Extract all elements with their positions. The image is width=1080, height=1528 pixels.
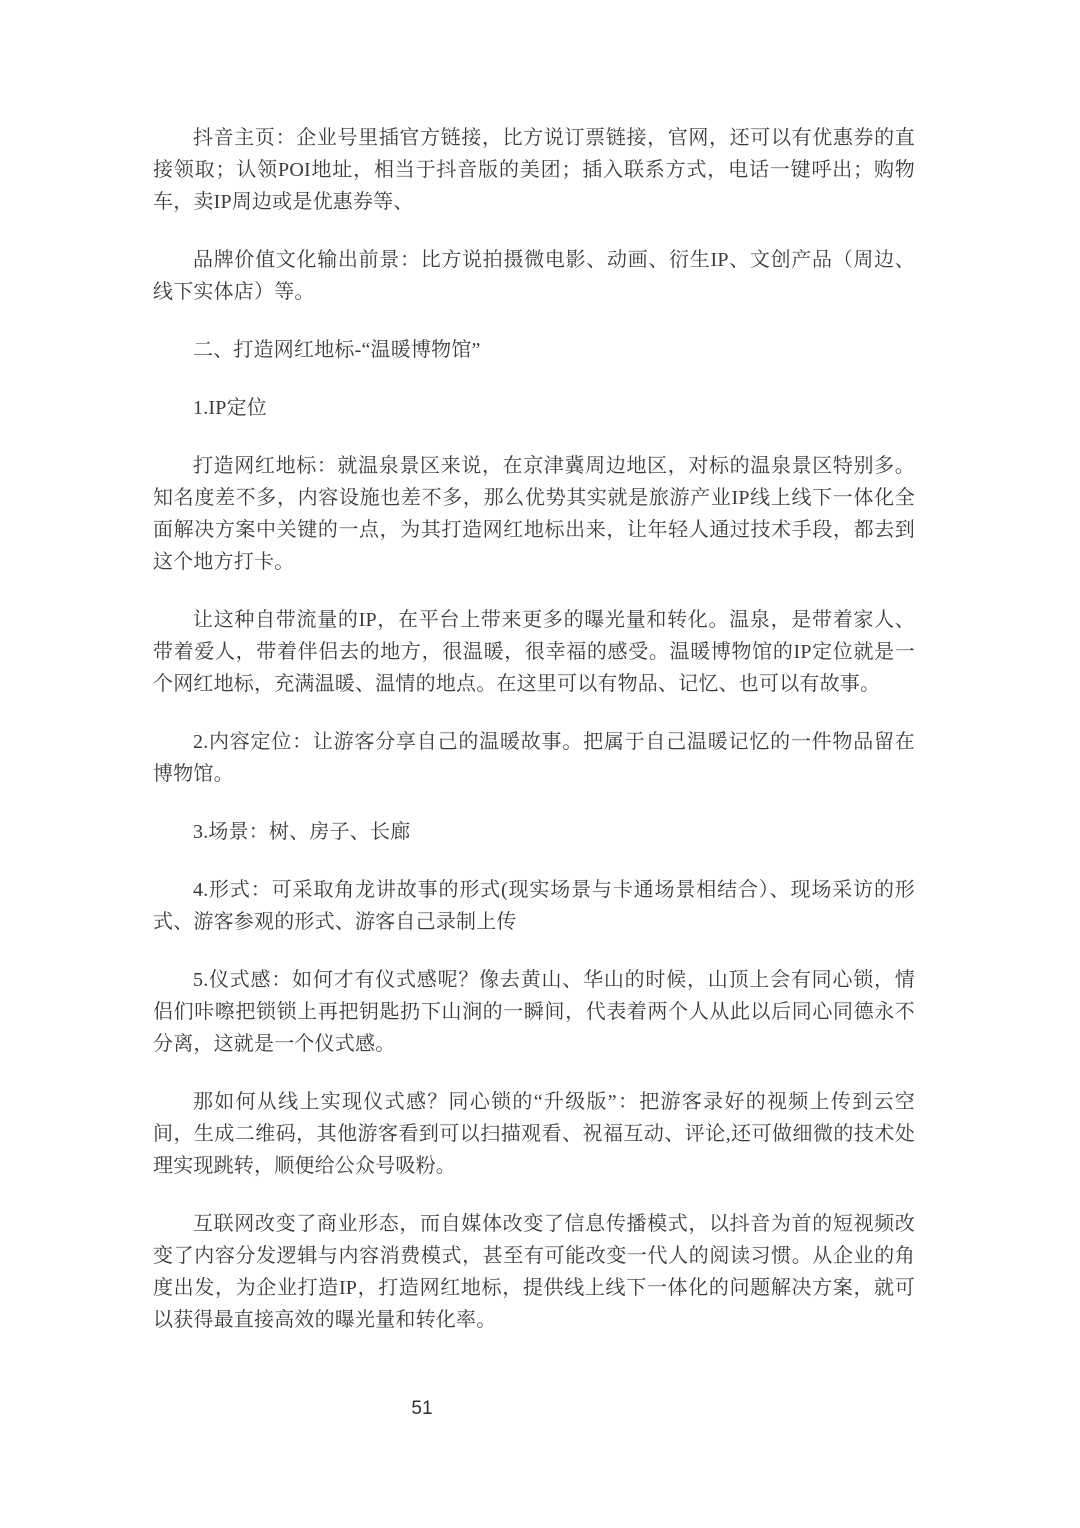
paragraph: 2.内容定位：让游客分享自己的温暖故事。把属于自己温暖记忆的一件物品留在博物馆。 [153, 726, 915, 790]
paragraph: 品牌价值文化输出前景：比方说拍摄微电影、动画、衍生IP、文创产品（周边、线下实体… [153, 244, 915, 308]
paragraph: 互联网改变了商业形态，而自媒体改变了信息传播模式，以抖音为首的短视频改变了内容分… [153, 1208, 915, 1336]
document-body: 抖音主页：企业号里插官方链接，比方说订票链接，官网，还可以有优惠券的直接领取；认… [153, 122, 915, 1362]
document-page: 抖音主页：企业号里插官方链接，比方说订票链接，官网，还可以有优惠券的直接领取；认… [0, 0, 1080, 1528]
paragraph: 那如何从线上实现仪式感？同心锁的“升级版”：把游客录好的视频上传到云空间，生成二… [153, 1086, 915, 1182]
paragraph: 抖音主页：企业号里插官方链接，比方说订票链接，官网，还可以有优惠券的直接领取；认… [153, 122, 915, 218]
sub-heading: 1.IP定位 [153, 392, 915, 424]
paragraph: 打造网红地标：就温泉景区来说，在京津冀周边地区，对标的温泉景区特别多。知名度差不… [153, 450, 915, 578]
page-number: 51 [400, 1398, 444, 1420]
paragraph: 让这种自带流量的IP，在平台上带来更多的曝光量和转化。温泉，是带着家人、带着爱人… [153, 604, 915, 700]
paragraph: 4.形式：可采取角龙讲故事的形式(现实场景与卡通场景相结合）、现场采访的形式、游… [153, 874, 915, 938]
paragraph: 5.仪式感：如何才有仪式感呢？像去黄山、华山的时候，山顶上会有同心锁，情侣们咔嚓… [153, 964, 915, 1060]
section-heading: 二、打造网红地标-“温暖博物馆” [153, 334, 915, 366]
sub-heading: 3.场景：树、房子、长廊 [153, 816, 915, 848]
